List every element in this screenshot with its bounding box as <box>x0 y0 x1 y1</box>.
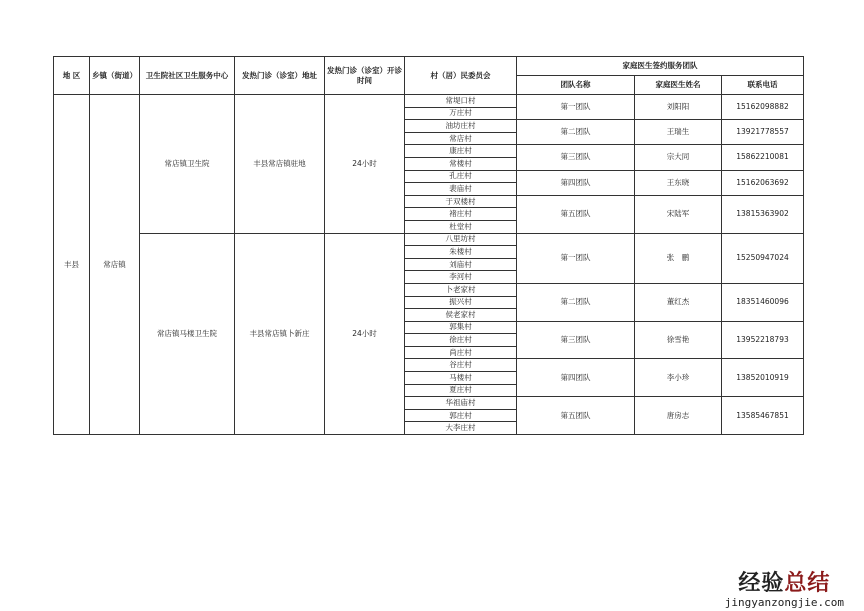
phone-cell: 15162098882 <box>722 95 804 120</box>
doctor-name-cell: 王东晓 <box>635 170 722 195</box>
header-doctor-name: 家庭医生姓名 <box>635 76 722 95</box>
team-name-cell: 第一团队 <box>517 233 635 283</box>
village-cell: 振兴村 <box>405 296 517 309</box>
fever-clinic-address-cell: 丰县常店镇卜新庄 <box>235 233 325 435</box>
fever-clinic-address-cell: 丰县常店镇驻地 <box>235 95 325 234</box>
team-name-cell: 第三团队 <box>517 321 635 359</box>
team-name-cell: 第三团队 <box>517 145 635 170</box>
village-cell: 郭集村 <box>405 321 517 334</box>
village-cell: 李河村 <box>405 271 517 284</box>
fever-clinic-hours-cell: 24小时 <box>325 95 405 234</box>
doctor-name-cell: 刘阳阳 <box>635 95 722 120</box>
village-cell: 尚庄村 <box>405 346 517 359</box>
region-cell: 丰县 <box>54 95 90 435</box>
header-region: 地 区 <box>54 57 90 95</box>
town-cell: 常店镇 <box>90 95 140 435</box>
village-cell: 裴庙村 <box>405 183 517 196</box>
village-cell: 侯老家村 <box>405 309 517 322</box>
table-row: 丰县常店镇常店镇卫生院丰县常店镇驻地24小时常堤口村第一团队刘阳阳1516209… <box>54 95 804 108</box>
village-cell: 华祖庙村 <box>405 397 517 410</box>
village-cell: 常店村 <box>405 132 517 145</box>
health-center-cell: 常店镇马楼卫生院 <box>140 233 235 435</box>
team-name-cell: 第四团队 <box>517 170 635 195</box>
family-doctor-service-table: 地 区 乡镇（街道） 卫生院社区卫生服务中心 发热门诊（诊室）地址 发热门诊（诊… <box>53 56 804 435</box>
village-cell: 马楼村 <box>405 372 517 385</box>
village-cell: 于双楼村 <box>405 195 517 208</box>
header-health-center: 卫生院社区卫生服务中心 <box>140 57 235 95</box>
watermark-url: jingyanzongjie.com <box>725 597 844 609</box>
watermark: 经验总结 jingyanzongjie.com <box>725 571 844 609</box>
team-name-cell: 第一团队 <box>517 95 635 120</box>
doctor-name-cell: 张 鹏 <box>635 233 722 283</box>
doctor-name-cell: 王瑞生 <box>635 120 722 145</box>
phone-cell: 13852010919 <box>722 359 804 397</box>
doctor-name-cell: 宋陆军 <box>635 195 722 233</box>
village-cell: 褚庄村 <box>405 208 517 221</box>
header-fever-clinic-address: 发热门诊（诊室）地址 <box>235 57 325 95</box>
phone-cell: 13952218793 <box>722 321 804 359</box>
doctor-name-cell: 李小珍 <box>635 359 722 397</box>
doctor-name-cell: 宗大同 <box>635 145 722 170</box>
watermark-text-part1: 经验 <box>738 571 784 596</box>
village-cell: 徐庄村 <box>405 334 517 347</box>
team-name-cell: 第五团队 <box>517 195 635 233</box>
village-cell: 常堤口村 <box>405 95 517 108</box>
watermark-text-part2: 总结 <box>784 571 830 596</box>
team-name-cell: 第四团队 <box>517 359 635 397</box>
village-cell: 郭庄村 <box>405 409 517 422</box>
village-cell: 卜老家村 <box>405 283 517 296</box>
header-phone: 联系电话 <box>722 76 804 95</box>
village-cell: 大李庄村 <box>405 422 517 435</box>
watermark-logo-text: 经验总结 <box>725 571 844 597</box>
header-village-committee: 村（居）民委员会 <box>405 57 517 95</box>
header-fever-clinic-hours: 发热门诊（诊室）开诊时间 <box>325 57 405 95</box>
village-cell: 万庄村 <box>405 107 517 120</box>
header-town: 乡镇（街道） <box>90 57 140 95</box>
village-cell: 康庄村 <box>405 145 517 158</box>
village-cell: 油坊庄村 <box>405 120 517 133</box>
doctor-name-cell: 唐房志 <box>635 397 722 435</box>
health-center-cell: 常店镇卫生院 <box>140 95 235 234</box>
team-name-cell: 第二团队 <box>517 283 635 321</box>
fever-clinic-hours-cell: 24小时 <box>325 233 405 435</box>
header-family-doctor-group: 家庭医生签约服务团队 <box>517 57 804 76</box>
table-row: 常店镇马楼卫生院丰县常店镇卜新庄24小时八里坊村第一团队张 鹏152509470… <box>54 233 804 246</box>
village-cell: 夏庄村 <box>405 384 517 397</box>
village-cell: 谷庄村 <box>405 359 517 372</box>
team-name-cell: 第五团队 <box>517 397 635 435</box>
phone-cell: 15862210081 <box>722 145 804 170</box>
phone-cell: 13815363902 <box>722 195 804 233</box>
header-team-name: 团队名称 <box>517 76 635 95</box>
village-cell: 杜堂村 <box>405 220 517 233</box>
phone-cell: 15250947024 <box>722 233 804 283</box>
phone-cell: 18351460096 <box>722 283 804 321</box>
village-cell: 八里坊村 <box>405 233 517 246</box>
table-body: 丰县常店镇常店镇卫生院丰县常店镇驻地24小时常堤口村第一团队刘阳阳1516209… <box>54 95 804 435</box>
village-cell: 常楼村 <box>405 157 517 170</box>
team-name-cell: 第二团队 <box>517 120 635 145</box>
village-cell: 孔庄村 <box>405 170 517 183</box>
village-cell: 朱楼村 <box>405 246 517 259</box>
doctor-name-cell: 董红杰 <box>635 283 722 321</box>
phone-cell: 15162063692 <box>722 170 804 195</box>
village-cell: 刘庙村 <box>405 258 517 271</box>
doctor-name-cell: 徐雪艳 <box>635 321 722 359</box>
phone-cell: 13921778557 <box>722 120 804 145</box>
phone-cell: 13585467851 <box>722 397 804 435</box>
